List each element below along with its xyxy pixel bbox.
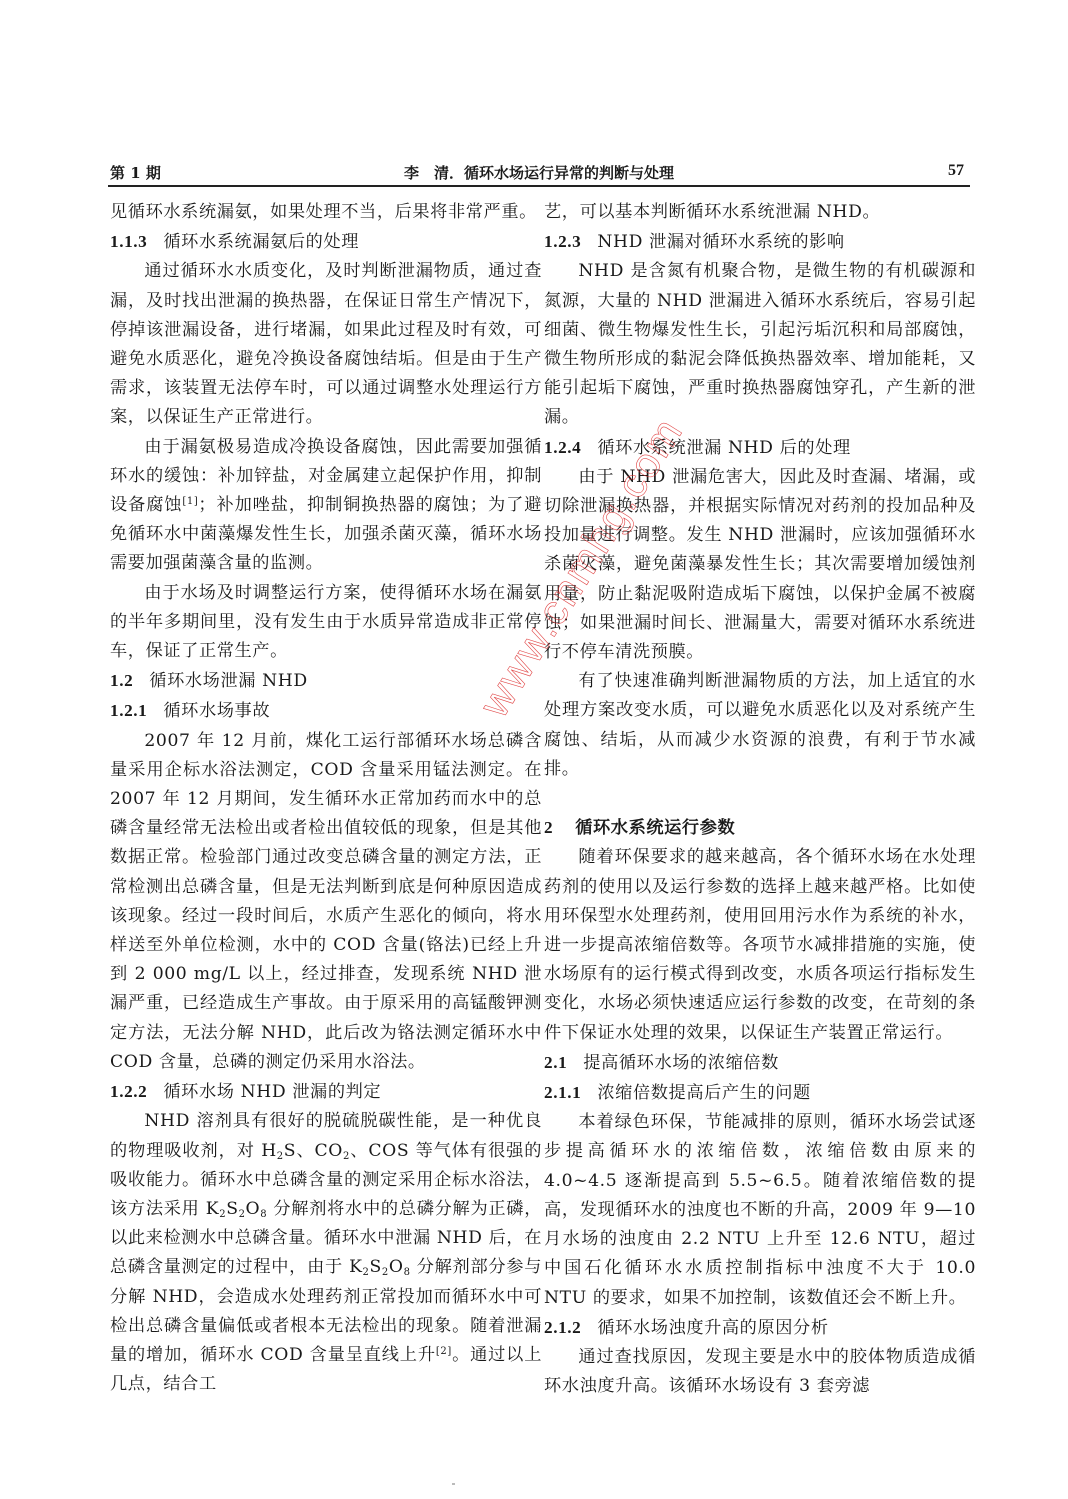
left-column: 见循环水系统漏氨，如果处理不当，后果将非常严重。 1.1.3循环水系统漏氨后的处…	[110, 198, 542, 1399]
running-title: 李 清．循环水场运行异常的判断与处理	[108, 162, 970, 183]
section-heading-1-2-4: 1.2.4循环水系统泄漏 NHD 后的处理	[544, 433, 976, 463]
paragraph: 由于 NHD 泄漏危害大，因此及时查漏、堵漏，或切除泄漏换热器，并根据实际情况对…	[544, 463, 976, 667]
right-column: 艺，可以基本判断循环水系统泄漏 NHD。 1.2.3NHD 泄漏对循环水系统的影…	[544, 198, 976, 1401]
paragraph: 随着环保要求的越来越高，各个循环水场在水处理药剂的使用以及运行参数的选择上越来越…	[544, 843, 976, 1047]
section-heading-1-2-1: 1.2.1循环水场事故	[110, 696, 542, 726]
section-heading-1-2-2: 1.2.2循环水场 NHD 泄漏的判定	[110, 1077, 542, 1107]
page-number: 57	[948, 162, 964, 180]
paragraph: 有了快速准确判断泄漏物质的方法，加上适宜的水处理方案改变水质，可以避免水质恶化以…	[544, 667, 976, 784]
paragraph: 通过查找原因，发现主要是水中的胶体物质造成循环水浊度升高。该循环水场设有 3 套…	[544, 1343, 976, 1401]
paragraph: 通过循环水水质变化，及时判断泄漏物质，通过查漏，及时找出泄漏的换热器，在保证日常…	[110, 257, 542, 432]
section-heading-1-1-3: 1.1.3循环水系统漏氨后的处理	[110, 227, 542, 257]
paragraph: NHD 是含氮有机聚合物，是微生物的有机碳源和氮源，大量的 NHD 泄漏进入循环…	[544, 257, 976, 432]
section-heading-2: 2循环水系统运行参数	[544, 813, 976, 843]
paragraph: 2007 年 12 月前，煤化工运行部循环水场总磷含量采用企标水浴法测定，COD…	[110, 727, 542, 1077]
paragraph: NHD 溶剂具有很好的脱硫脱碳性能，是一种优良的物理吸收剂，对 H2S、CO2、…	[110, 1107, 542, 1399]
section-gap	[544, 784, 976, 813]
header-rule	[108, 185, 970, 187]
paragraph: 由于水场及时调整运行方案，使得循环水场在漏氨的半年多期间里，没有发生由于水质异常…	[110, 579, 542, 667]
paragraph: 艺，可以基本判断循环水系统泄漏 NHD。	[544, 198, 976, 227]
citation-ref[interactable]: [2]	[436, 1346, 452, 1357]
paragraph: 见循环水系统漏氨，如果处理不当，后果将非常严重。	[110, 198, 542, 227]
section-heading-1-2: 1.2循环水场泄漏 NHD	[110, 666, 542, 696]
section-heading-2-1-1: 2.1.1浓缩倍数提高后产生的问题	[544, 1078, 976, 1108]
section-heading-1-2-3: 1.2.3NHD 泄漏对循环水系统的影响	[544, 227, 976, 257]
paragraph: 本着绿色环保，节能减排的原则，循环水场尝试逐步提高循环水的浓缩倍数，浓缩倍数由原…	[544, 1108, 976, 1312]
scan-speck	[452, 1483, 455, 1485]
running-header: 第 1 期 李 清．循环水场运行异常的判断与处理 57	[108, 158, 970, 184]
section-heading-2-1: 2.1提高循环水场的浓缩倍数	[544, 1048, 976, 1078]
section-heading-2-1-2: 2.1.2循环水场浊度升高的原因分析	[544, 1313, 976, 1343]
paragraph: 由于漏氨极易造成冷换设备腐蚀，因此需要加强循环水的缓蚀：补加锌盐，对金属建立起保…	[110, 433, 542, 579]
citation-ref[interactable]: [1]	[182, 496, 198, 507]
